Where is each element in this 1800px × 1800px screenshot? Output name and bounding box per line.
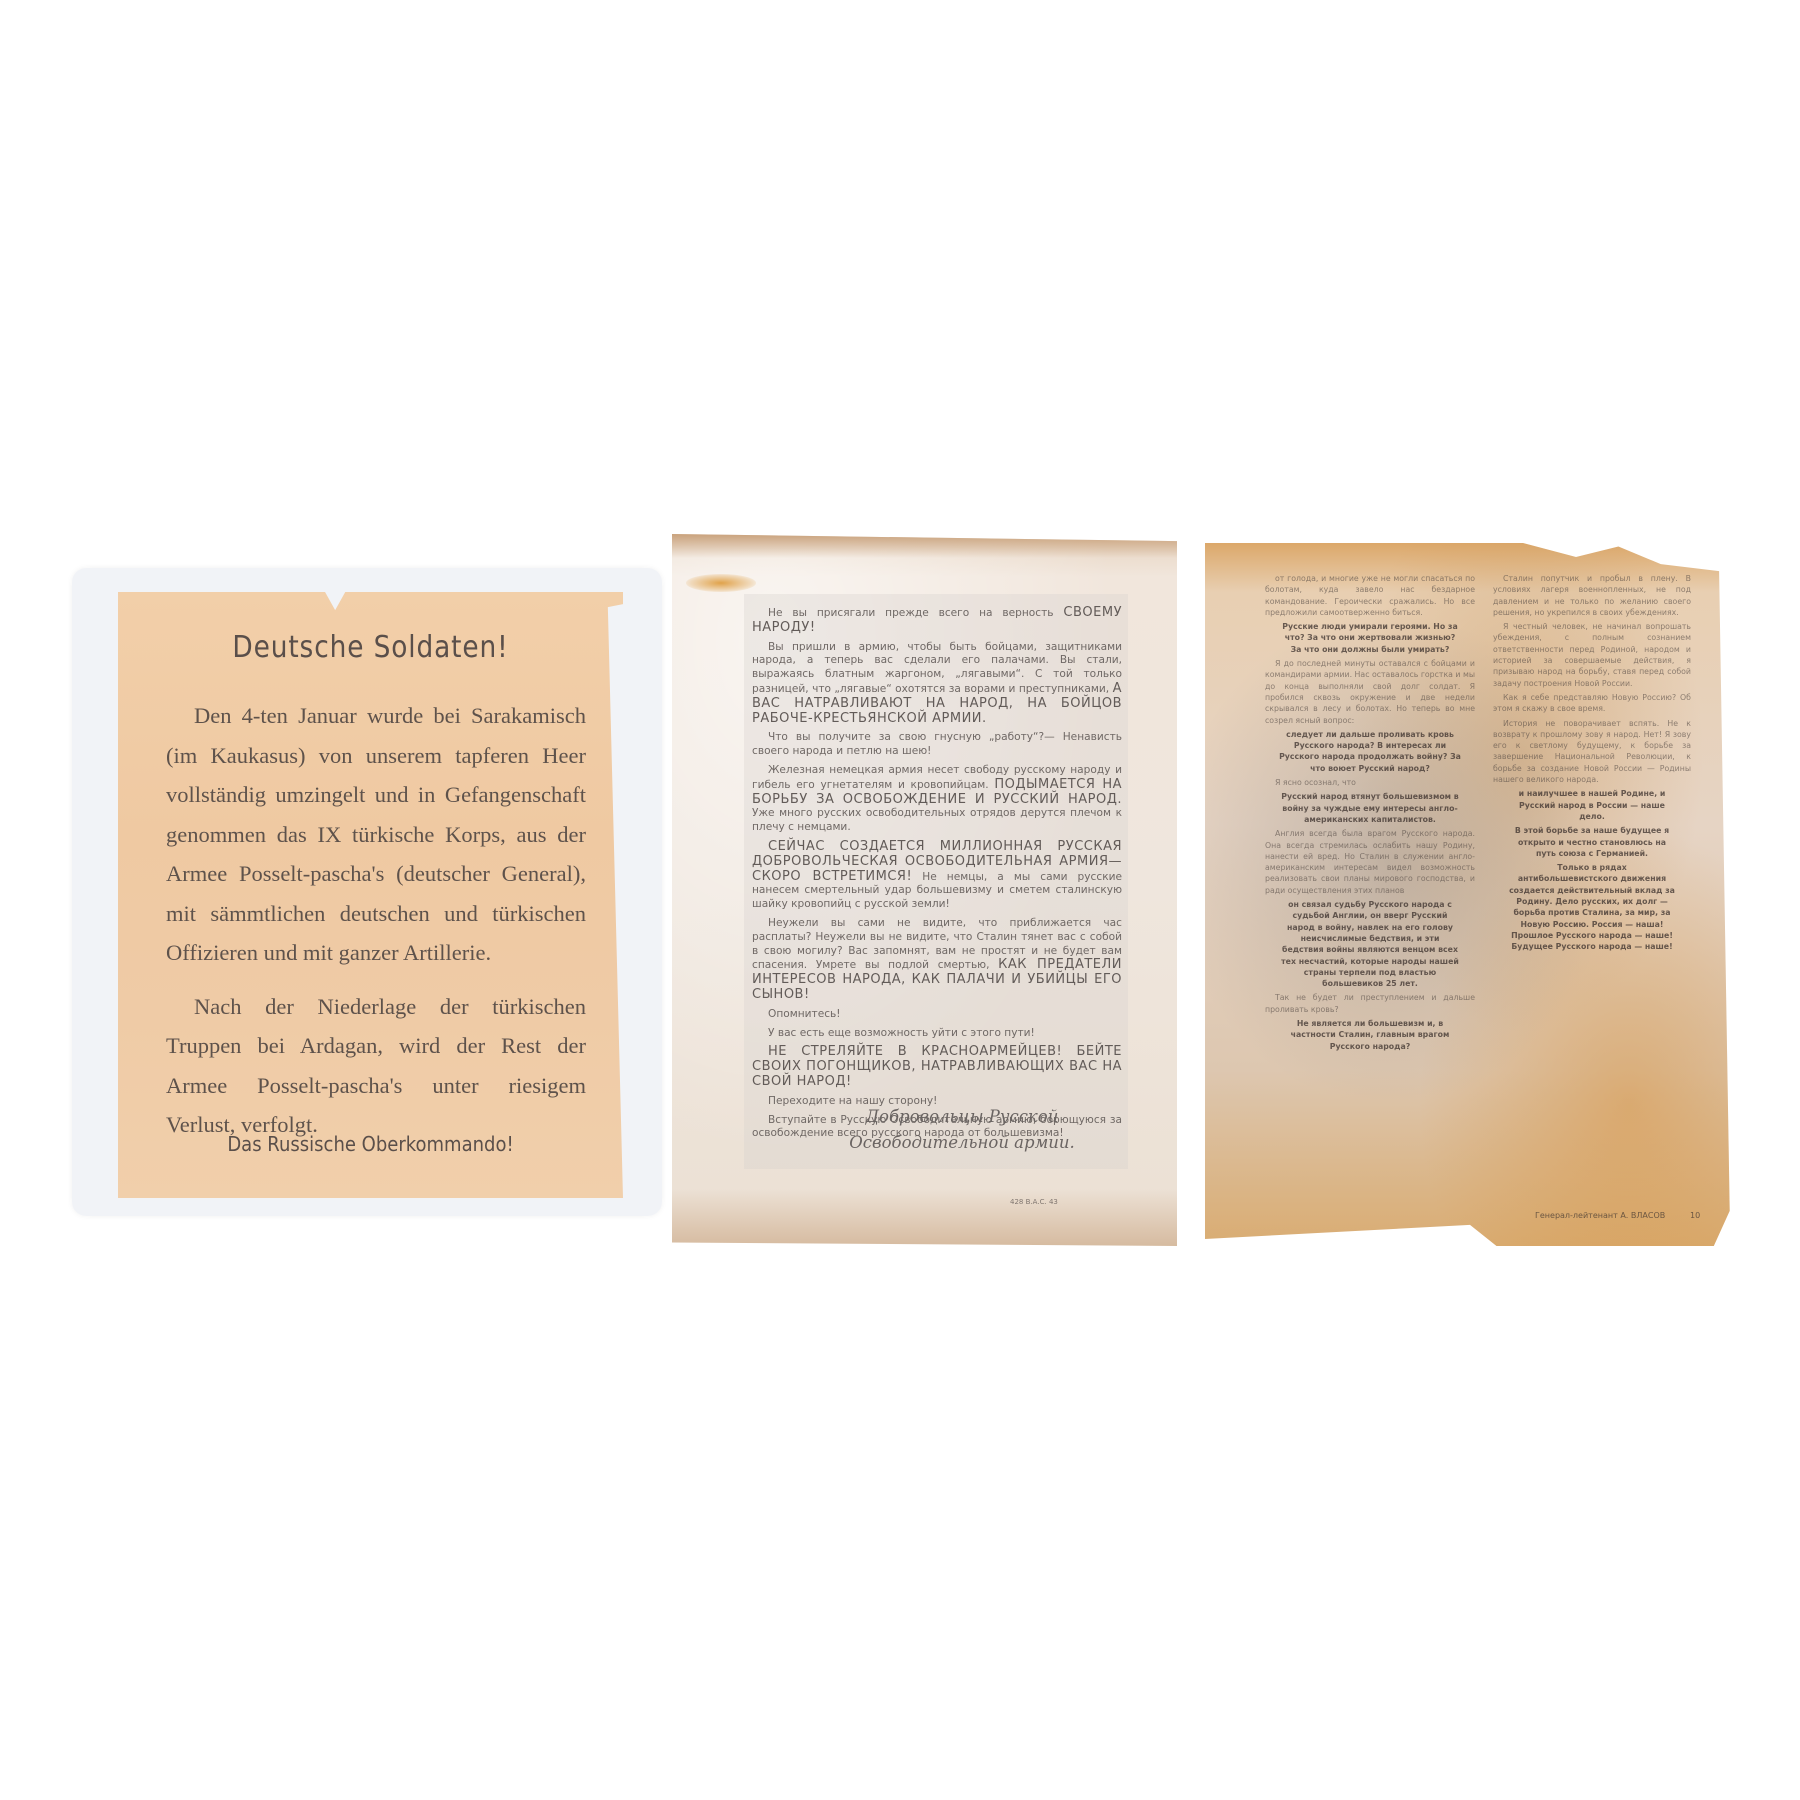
paragraph: Что вы получите за свою гнусную „работу“… bbox=[752, 731, 1122, 759]
paragraph: Я до последней минуты оставался с бойцам… bbox=[1265, 658, 1475, 726]
text-column-right: Сталин попутчик и пробыл в плену. В усло… bbox=[1493, 573, 1691, 956]
paragraph: Den 4-ten Januar wurde bei Sarakamisch (… bbox=[166, 696, 586, 973]
paragraph: Англия всегда была врагом Русского народ… bbox=[1265, 828, 1475, 896]
leaflet-body: Не вы присягали прежде всего на верность… bbox=[744, 594, 1128, 1169]
paragraph: История не поворачивает вспять. Не к воз… bbox=[1493, 718, 1691, 786]
paragraph: Я честный человек, не начинал вопрошать … bbox=[1493, 621, 1691, 689]
paragraph: Неужели вы сами не видите, что приближае… bbox=[752, 917, 1122, 1003]
emphasis-text: НЕ СТРЕЛЯЙТЕ В КРАСНОАРМЕЙЦЕВ! БЕЙТЕ СВО… bbox=[752, 1044, 1122, 1089]
emphasis-text: СЕЙЧАС СОЗДАЕТСЯ МИЛЛИОННАЯ РУССКАЯ ДОБР… bbox=[752, 839, 1122, 884]
print-mark: 428 В.А.С. 43 bbox=[1010, 1198, 1058, 1206]
paragraph: Я ясно осознал, что bbox=[1265, 777, 1475, 788]
paragraph: Железная немецкая армия несет свободу ру… bbox=[752, 764, 1122, 835]
emphasis-text: СВОЕМУ НАРОДУ! bbox=[752, 605, 1122, 635]
page-number: 10 bbox=[1690, 1211, 1700, 1220]
paragraph: Не является ли большевизм и, в частности… bbox=[1265, 1018, 1475, 1052]
russian-vlasov-leaflet: от голода, и многие уже не могли спасать… bbox=[1205, 543, 1735, 1246]
paragraph: Русские люди умирали героями. Но за что?… bbox=[1265, 621, 1475, 655]
emphasis-text: КАК ПРЕДАТЕЛИ ИНТЕРЕСОВ НАРОДА, КАК ПАЛА… bbox=[752, 957, 1122, 1002]
paragraph: от голода, и многие уже не могли спасать… bbox=[1265, 573, 1475, 618]
paragraph: следует ли дальше проливать кровь Русско… bbox=[1265, 729, 1475, 774]
leaflet-title: Deutsche Soldaten! bbox=[148, 630, 592, 665]
paragraph: Вы пришли в армию, чтобы быть бойцами, з… bbox=[752, 641, 1122, 727]
paragraph: СЕЙЧАС СОЗДАЕТСЯ МИЛЛИОННАЯ РУССКАЯ ДОБР… bbox=[752, 840, 1122, 912]
paragraph: Так не будет ли преступлением и дальше п… bbox=[1265, 992, 1475, 1015]
paragraph: В этой борьбе за наше будущее я открыто … bbox=[1493, 825, 1691, 859]
leaflet-signature: Das Russische Oberkommando! bbox=[143, 1132, 598, 1156]
russian-roa-leaflet: Не вы присягали прежде всего на верность… bbox=[672, 534, 1177, 1246]
paragraph: и наилучшее в нашей Родине, и Русский на… bbox=[1493, 788, 1691, 822]
emphasis-text: А ВАС НАТРАВЛИВАЮТ НА НАРОД, НА БОЙЦОВ Р… bbox=[752, 681, 1122, 726]
paragraph: У вас есть еще возможность уйти с этого … bbox=[752, 1027, 1122, 1041]
leaflet-signature: Добровольцы Русской Освободительной арми… bbox=[812, 1104, 1112, 1156]
paragraph: Русский народ втянут большевизмом в войн… bbox=[1265, 791, 1475, 825]
paragraph: Не вы присягали прежде всего на верность… bbox=[752, 606, 1122, 636]
stain bbox=[672, 534, 1177, 558]
signature-line: Освободительной армии. bbox=[812, 1130, 1112, 1156]
stain bbox=[686, 574, 756, 592]
text-column-left: от голода, и многие уже не могли спасать… bbox=[1265, 573, 1475, 1055]
paragraph: Как я себе представляю Новую Россию? Об … bbox=[1493, 692, 1691, 715]
paragraph: Только в рядах антибольшевистского движе… bbox=[1493, 862, 1691, 952]
leaflet-body: Den 4-ten Januar wurde bei Sarakamisch (… bbox=[166, 696, 586, 1159]
german-leaflet: Deutsche Soldaten! Den 4-ten Januar wurd… bbox=[118, 592, 623, 1198]
paragraph: НЕ СТРЕЛЯЙТЕ В КРАСНОАРМЕЙЦЕВ! БЕЙТЕ СВО… bbox=[752, 1045, 1122, 1089]
signature-line: Добровольцы Русской bbox=[812, 1104, 1112, 1130]
paragraph: Сталин попутчик и пробыл в плену. В усло… bbox=[1493, 573, 1691, 618]
paragraph: Опомнитесь! bbox=[752, 1008, 1122, 1022]
paragraph: Nach der Niederlage der türkischen Trupp… bbox=[166, 987, 586, 1145]
emphasis-text: ПОДЫМАЕТСЯ НА БОРЬБУ ЗА ОСВОБОЖДЕНИЕ И Р… bbox=[752, 777, 1122, 807]
paragraph: он связал судьбу Русского народа с судьб… bbox=[1265, 899, 1475, 989]
leaflet-signature: Генерал-лейтенант А. ВЛАСОВ bbox=[1535, 1211, 1665, 1220]
